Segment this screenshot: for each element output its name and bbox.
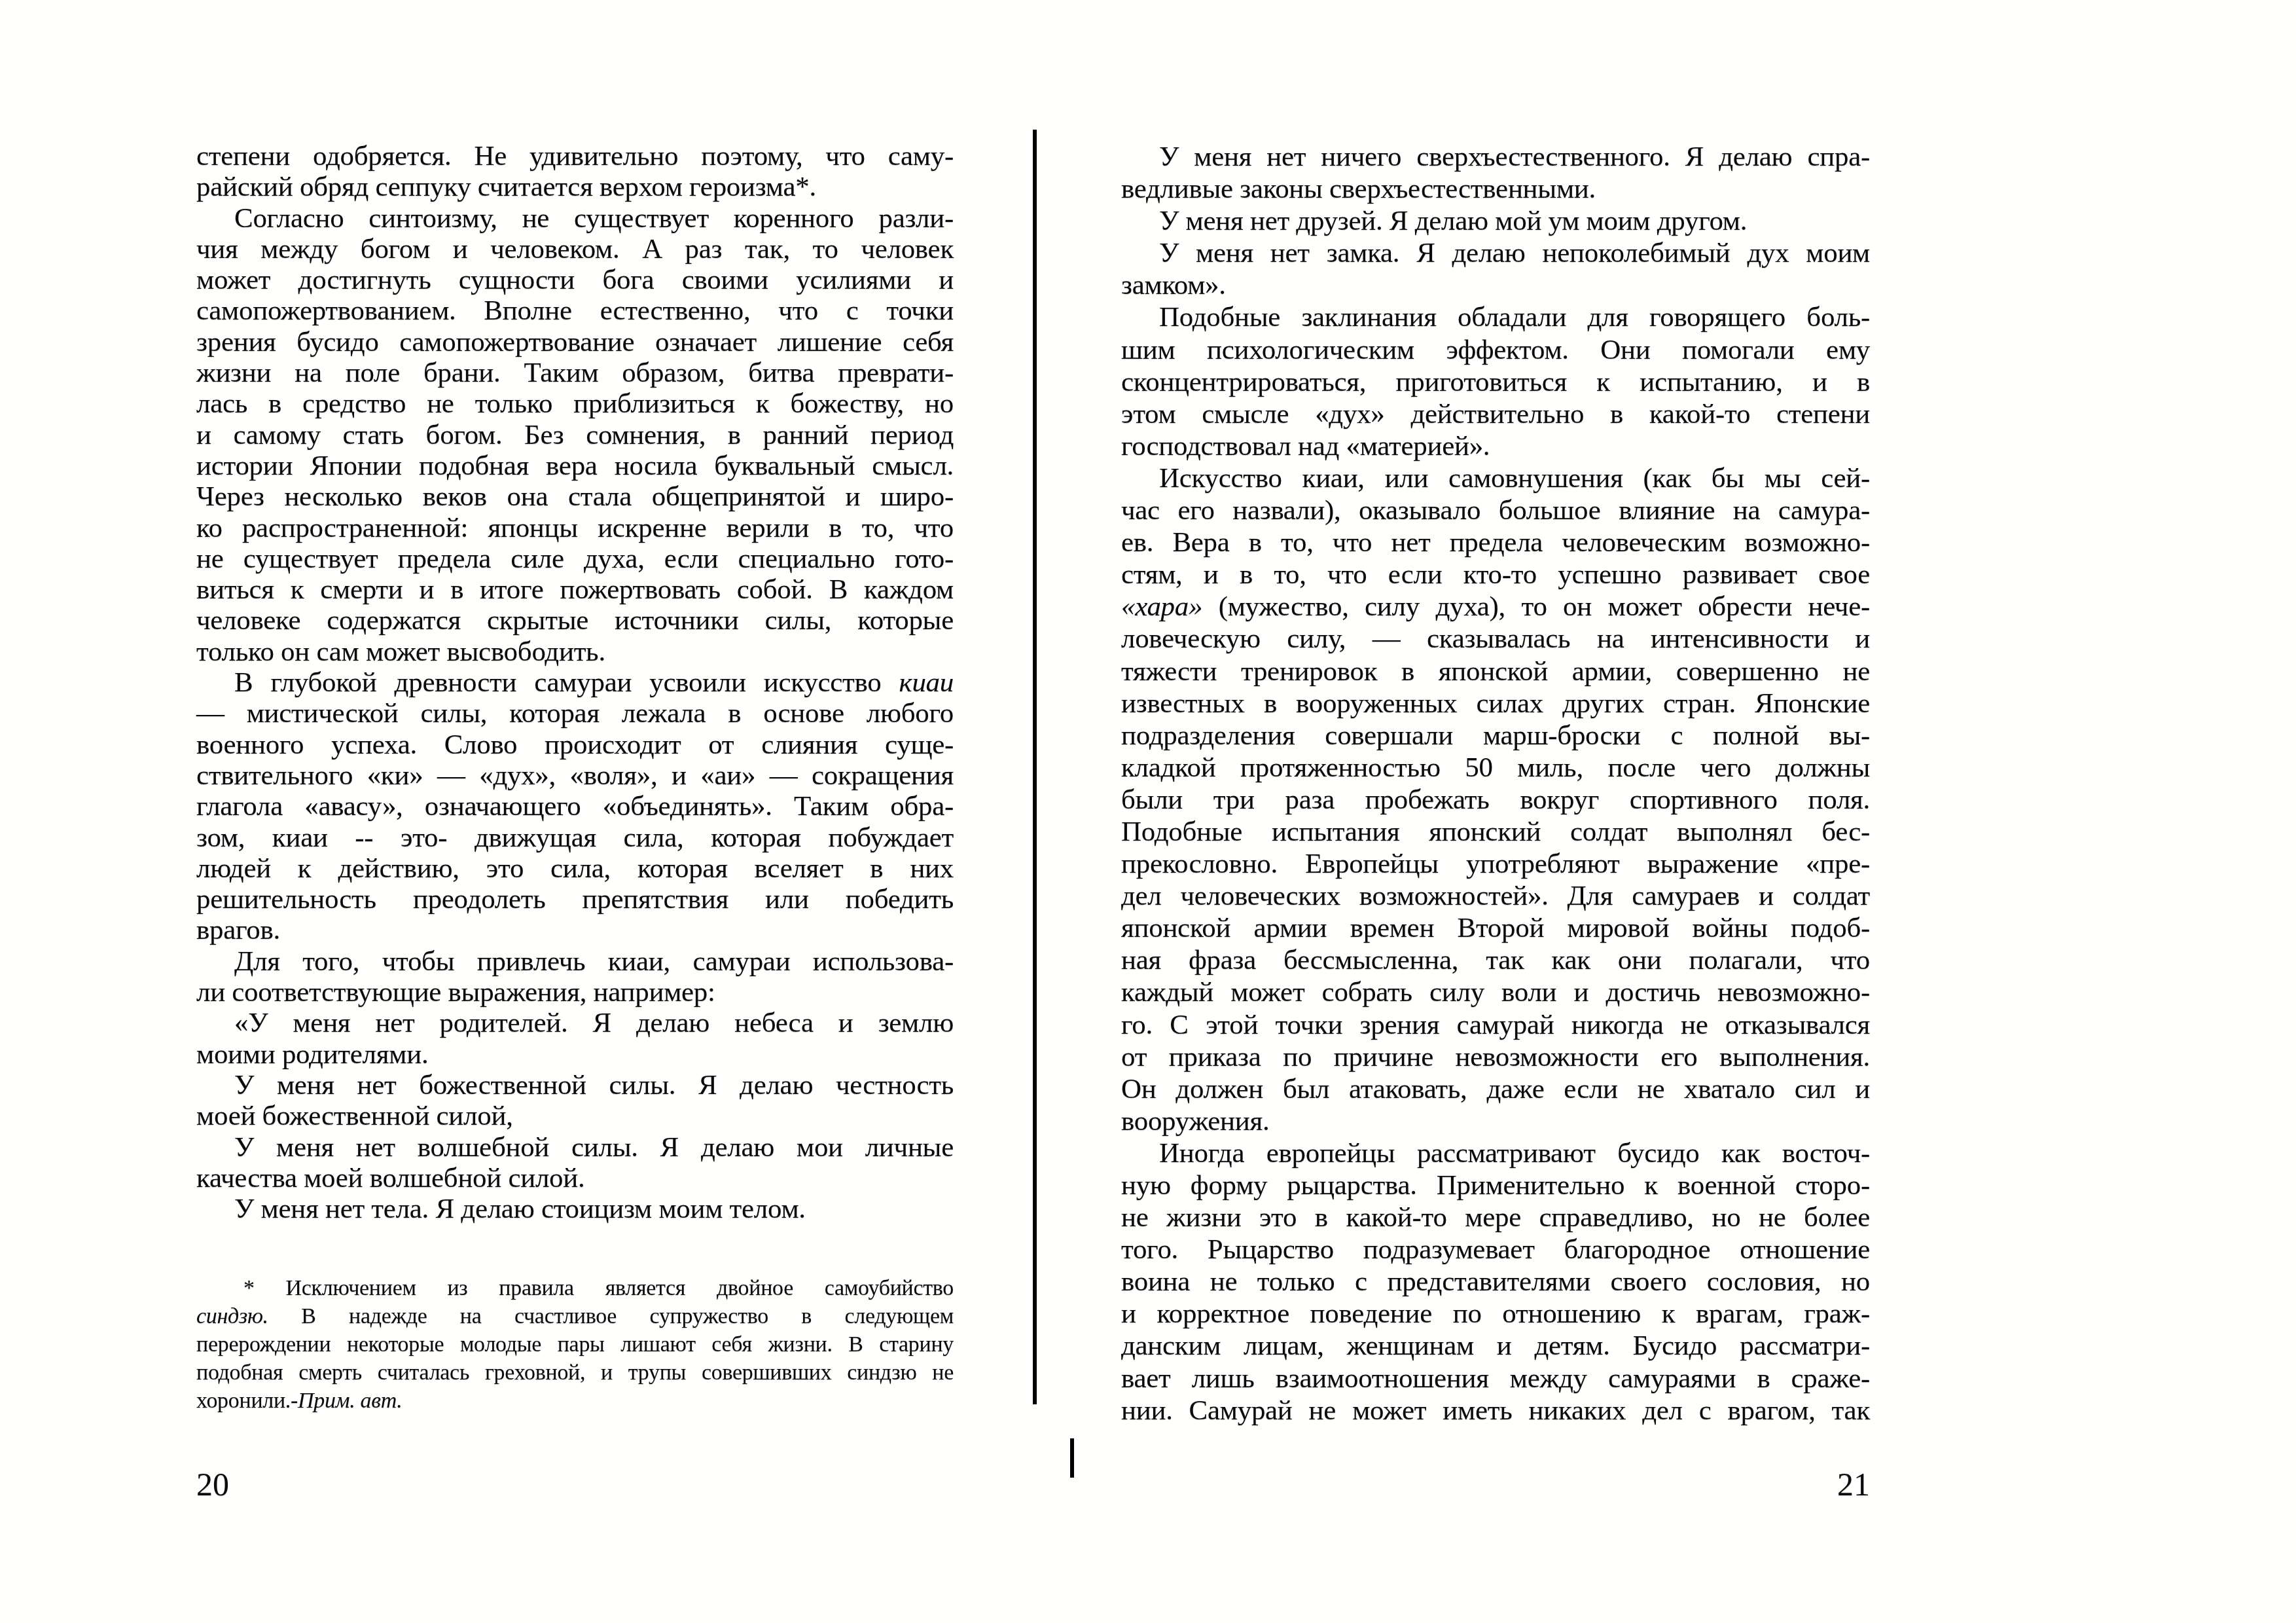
text-line: качества моей волшебной силой. <box>196 1163 954 1194</box>
text-segment: воина не только с представителями своего… <box>1121 1266 1870 1297</box>
text-segment: зом, киаи -- это- движущая сила, которая… <box>196 822 954 853</box>
text-segment: лась в средство не только приблизиться к… <box>196 388 954 419</box>
text-line: «У меня нет родителей. Я делаю небеса и … <box>196 1008 954 1038</box>
paragraph: У меня нет божественной силы. Я делаю че… <box>196 1070 954 1132</box>
text-line: данским лицам, женщинам и детям. Бусидо … <box>1121 1330 1870 1362</box>
text-segment: того. Рыцарство подразумевает благородно… <box>1121 1234 1870 1265</box>
text-segment: ную форму рыцарства. Применительно к вое… <box>1121 1170 1870 1201</box>
text-line: ствительного «ки» — «дух», «воля», и «аи… <box>196 760 954 791</box>
text-line: прекословно. Европейцы употребляют выраж… <box>1121 848 1870 880</box>
paragraph: У меня нет друзей. Я делаю мой ум моим д… <box>1121 205 1870 237</box>
page-number-left: 20 <box>196 1465 229 1503</box>
text-line: врагов. <box>196 915 954 945</box>
text-line: * Исключением из правила является двойно… <box>196 1274 954 1302</box>
text-line: Через несколько веков она стала общеприн… <box>196 481 954 512</box>
text-segment: виться к смерти и в итоге пожертвовать с… <box>196 574 954 605</box>
italic-text-segment: синдзю. <box>196 1304 268 1328</box>
text-segment: качества моей волшебной силой. <box>196 1163 584 1194</box>
paragraph: Согласно синтоизму, не существует коренн… <box>196 203 954 667</box>
text-line: может достигнуть сущности бога своими ус… <box>196 264 954 295</box>
text-segment: У меня нет волшебной силы. Я делаю мои л… <box>234 1132 954 1163</box>
text-segment: — мистической силы, которая лежала в осн… <box>196 698 954 729</box>
text-segment: прекословно. Европейцы употребляют выраж… <box>1121 848 1870 879</box>
text-segment: тяжести тренировок в японской армии, сов… <box>1121 656 1870 687</box>
paragraph: «У меня нет родителей. Я делаю небеса и … <box>196 1008 954 1070</box>
text-segment: степени одобряется. Не удивительно поэто… <box>196 141 954 172</box>
text-segment: не существует предела силе духа, если сп… <box>196 543 954 574</box>
text-segment: перерождении некоторые молодые пары лиша… <box>196 1332 954 1357</box>
text-segment: ствительного «ки» — «дух», «воля», и «аи… <box>196 760 954 791</box>
text-line: были три раза пробежать вокруг спортивно… <box>1121 784 1870 816</box>
text-segment: моей божественной силой, <box>196 1101 513 1131</box>
text-segment: (мужество, силу духа), то он может обрес… <box>1202 591 1870 622</box>
text-segment: «У меня нет родителей. Я делаю небеса и … <box>234 1008 954 1038</box>
text-line: господствовал над «материей». <box>1121 430 1870 462</box>
text-line: Подобные испытания японский солдат выпол… <box>1121 816 1870 848</box>
text-line: дел человеческих возможностей». Для саму… <box>1121 880 1870 912</box>
text-line: чия между богом и человеком. А раз так, … <box>196 234 954 264</box>
text-segment: Через несколько веков она стала общеприн… <box>196 481 954 512</box>
text-segment: замком». <box>1121 270 1226 301</box>
text-segment: подобная смерть считалась греховной, и т… <box>196 1360 954 1385</box>
text-segment: В глубокой древности самураи усвоили иск… <box>234 667 899 698</box>
text-line: решительность преодолеть препятствия или… <box>196 884 954 915</box>
text-line: кладкой протяженностью 50 миль, после че… <box>1121 752 1870 784</box>
text-segment: Искусство киаи, или самовнушения (как бы… <box>1159 463 1870 494</box>
text-segment: * Исключением из правила является двойно… <box>243 1276 954 1300</box>
text-line: Согласно синтоизму, не существует коренн… <box>196 203 954 234</box>
text-line: моими родителями. <box>196 1039 954 1070</box>
text-line: воина не только с представителями своего… <box>1121 1266 1870 1298</box>
paragraph: У меня нет волшебной силы. Я делаю мои л… <box>196 1132 954 1194</box>
text-line: подобная смерть считалась греховной, и т… <box>196 1359 954 1387</box>
text-line: ную форму рыцарства. Применительно к вое… <box>1121 1169 1870 1201</box>
italic-text-segment: киаи <box>899 667 954 698</box>
text-segment: военного успеха. Слово происходит от сли… <box>196 729 954 760</box>
text-line: вает лишь взаимоотношения между самураям… <box>1121 1362 1870 1395</box>
text-line: зрения бусидо самопожертвование означает… <box>196 327 954 357</box>
text-line: военного успеха. Слово происходит от сли… <box>196 729 954 760</box>
text-segment: не жизни это в какой-то мере справедливо… <box>1121 1202 1870 1233</box>
text-segment: вооружения. <box>1121 1106 1269 1137</box>
text-line: от приказа по причине невозможности его … <box>1121 1041 1870 1073</box>
text-line: ловеческую силу, — сказывалась на интенс… <box>1121 623 1870 655</box>
paragraph: У меня нет ничего сверхъестественного. Я… <box>1121 141 1870 205</box>
text-segment: У меня нет ничего сверхъестественного. Я… <box>1159 141 1870 172</box>
text-line: ная фраза бессмысленна, так как они пола… <box>1121 944 1870 976</box>
text-segment: людей к действию, это сила, которая всел… <box>196 853 954 884</box>
text-segment: кладкой протяженностью 50 миль, после че… <box>1121 752 1870 783</box>
text-segment: может достигнуть сущности бога своими ус… <box>196 264 954 295</box>
text-line: каждый может собрать силу воли и достичь… <box>1121 976 1870 1008</box>
text-line: В глубокой древности самураи усвоили иск… <box>196 667 954 698</box>
text-segment: Он должен был атаковать, даже если не хв… <box>1121 1074 1870 1104</box>
text-segment: райский обряд сеппуку считается верхом г… <box>196 172 816 202</box>
text-line: виться к смерти и в итоге пожертвовать с… <box>196 574 954 605</box>
text-segment: шим психологическим эффектом. Они помога… <box>1121 335 1870 365</box>
paragraph: У меня нет замка. Я делаю непоколебимый … <box>1121 237 1870 301</box>
left-page-text: степени одобряется. Не удивительно поэто… <box>196 141 954 1415</box>
text-line: зом, киаи -- это- движущая сила, которая… <box>196 822 954 853</box>
paragraph: В глубокой древности самураи усвоили иск… <box>196 667 954 946</box>
paragraph: Искусство киаи, или самовнушения (как бы… <box>1121 462 1870 1137</box>
text-segment: каждый может собрать силу воли и достичь… <box>1121 977 1870 1008</box>
text-segment: и корректное поведение по отношению к вр… <box>1121 1298 1870 1329</box>
text-segment: вает лишь взаимоотношения между самураям… <box>1121 1363 1870 1394</box>
text-segment: японской армии времен Второй мировой вой… <box>1121 913 1870 943</box>
page-divider-rule <box>1033 130 1037 1404</box>
text-line: хоронили.-Прим. авт. <box>196 1387 954 1415</box>
text-line: не существует предела силе духа, если сп… <box>196 543 954 574</box>
text-segment: стям, и в то, что если кто-то успешно ра… <box>1121 559 1870 590</box>
text-line: истории Японии подобная вера носила букв… <box>196 450 954 481</box>
text-segment: моими родителями. <box>196 1039 428 1070</box>
text-line: вооружения. <box>1121 1105 1870 1137</box>
text-segment: самопожертвованием. Вполне естественно, … <box>196 295 954 326</box>
text-line: ведливые законы сверхъестественными. <box>1121 173 1870 205</box>
text-segment: и самому стать богом. Без сомнения, в ра… <box>196 420 954 450</box>
text-line: нии. Самурай не может иметь никаких дел … <box>1121 1395 1870 1427</box>
paragraph: Для того, чтобы привлечь киаи, самураи и… <box>196 946 954 1008</box>
text-line: и корректное поведение по отношению к вр… <box>1121 1298 1870 1330</box>
text-line: ли соответствующие выражения, например: <box>196 977 954 1008</box>
text-segment: подразделения совершали марш-броски с по… <box>1121 720 1870 751</box>
text-line: У меня нет ничего сверхъестественного. Я… <box>1121 141 1870 173</box>
text-line: тяжести тренировок в японской армии, сов… <box>1121 655 1870 687</box>
text-segment: У меня нет тела. Я делаю стоицизм моим т… <box>234 1194 806 1224</box>
text-segment: В надежде на счастливое супружество в сл… <box>268 1304 954 1328</box>
text-segment: сконцентрироваться, приготовиться к испы… <box>1121 367 1870 397</box>
text-line: замком». <box>1121 269 1870 301</box>
text-segment: ловеческую силу, — сказывалась на интенс… <box>1121 623 1870 654</box>
text-line: моей божественной силой, <box>196 1101 954 1131</box>
text-line: людей к действию, это сила, которая всел… <box>196 853 954 884</box>
text-segment: Для того, чтобы привлечь киаи, самураи и… <box>234 946 954 977</box>
text-line: жизни на поле брани. Таким образом, битв… <box>196 357 954 388</box>
text-segment: Согласно синтоизму, не существует коренн… <box>234 203 954 234</box>
text-segment: хоронили.- <box>196 1389 298 1413</box>
text-line: ев. Вера в то, что нет предела человечес… <box>1121 526 1870 558</box>
text-segment: ли соответствующие выражения, например: <box>196 977 715 1008</box>
text-segment: Подобные заклинания обладали для говорящ… <box>1159 302 1870 333</box>
text-segment: Подобные испытания японский солдат выпол… <box>1121 816 1870 847</box>
text-segment: нии. Самурай не может иметь никаких дел … <box>1121 1395 1870 1426</box>
divider-bottom-mark <box>1070 1438 1074 1478</box>
text-segment: только он сам может высвободить. <box>196 636 605 667</box>
text-line: Он должен был атаковать, даже если не хв… <box>1121 1073 1870 1105</box>
paragraph: У меня нет тела. Я делаю стоицизм моим т… <box>196 1194 954 1224</box>
text-line: синдзю. В надежде на счастливое супружес… <box>196 1302 954 1330</box>
text-segment: У меня нет замка. Я делаю непоколебимый … <box>1159 238 1870 268</box>
text-segment: го. С этой точки зрения самурай никогда … <box>1121 1010 1870 1040</box>
text-line: человеке содержатся скрытые источники си… <box>196 605 954 636</box>
text-segment: этом смысле «дух» действительно в какой-… <box>1121 399 1870 429</box>
right-page-text: У меня нет ничего сверхъестественного. Я… <box>1121 141 1870 1427</box>
text-line: У меня нет тела. Я делаю стоицизм моим т… <box>196 1194 954 1224</box>
text-line: того. Рыцарство подразумевает благородно… <box>1121 1233 1870 1266</box>
text-line: го. С этой точки зрения самурай никогда … <box>1121 1009 1870 1041</box>
text-line: лась в средство не только приблизиться к… <box>196 388 954 419</box>
text-line: ко распространенной: японцы искренне вер… <box>196 513 954 543</box>
text-line: только он сам может высвободить. <box>196 636 954 667</box>
text-line: — мистической силы, которая лежала в осн… <box>196 698 954 729</box>
text-line: перерождении некоторые молодые пары лиша… <box>196 1330 954 1359</box>
text-line: подразделения совершали марш-броски с по… <box>1121 720 1870 752</box>
italic-text-segment: Прим. авт. <box>298 1389 402 1413</box>
text-segment: ев. Вера в то, что нет предела человечес… <box>1121 527 1870 558</box>
text-segment: ная фраза бессмысленна, так как они пола… <box>1121 945 1870 976</box>
text-segment: были три раза пробежать вокруг спортивно… <box>1121 784 1870 815</box>
text-segment: час его назвали), оказывало большое влия… <box>1121 495 1870 526</box>
text-segment: от приказа по причине невозможности его … <box>1121 1042 1870 1072</box>
text-segment: глагола «авасу», означающего «объединять… <box>196 791 954 822</box>
book-spread: степени одобряется. Не удивительно поэто… <box>0 0 2296 1623</box>
text-line: и самому стать богом. Без сомнения, в ра… <box>196 420 954 450</box>
text-line: У меня нет волшебной силы. Я делаю мои л… <box>196 1132 954 1163</box>
text-line: не жизни это в какой-то мере справедливо… <box>1121 1201 1870 1233</box>
text-segment: жизни на поле брани. Таким образом, битв… <box>196 357 954 388</box>
text-line: У меня нет друзей. Я делаю мой ум моим д… <box>1121 205 1870 237</box>
text-line: час его назвали), оказывало большое влия… <box>1121 494 1870 526</box>
text-line: самопожертвованием. Вполне естественно, … <box>196 295 954 326</box>
text-line: японской армии времен Второй мировой вой… <box>1121 912 1870 944</box>
text-line: райский обряд сеппуку считается верхом г… <box>196 172 954 202</box>
text-segment: человеке содержатся скрытые источники си… <box>196 605 954 636</box>
paragraph: Подобные заклинания обладали для говорящ… <box>1121 301 1870 462</box>
text-line: сконцентрироваться, приготовиться к испы… <box>1121 366 1870 398</box>
text-line: этом смысле «дух» действительно в какой-… <box>1121 398 1870 430</box>
text-segment: известных в вооруженных силах других стр… <box>1121 688 1870 719</box>
text-line: стям, и в то, что если кто-то успешно ра… <box>1121 558 1870 591</box>
italic-text-segment: «хара» <box>1121 591 1202 622</box>
text-line: У меня нет замка. Я делаю непоколебимый … <box>1121 237 1870 269</box>
text-segment: У меня нет божественной силы. Я делаю че… <box>234 1070 954 1101</box>
paragraph: степени одобряется. Не удивительно поэто… <box>196 141 954 203</box>
text-line: шим психологическим эффектом. Они помога… <box>1121 334 1870 366</box>
text-segment: данским лицам, женщинам и детям. Бусидо … <box>1121 1330 1870 1361</box>
text-segment: У меня нет друзей. Я делаю мой ум моим д… <box>1159 206 1747 236</box>
text-segment: врагов. <box>196 915 280 945</box>
text-segment: чия между богом и человеком. А раз так, … <box>196 234 954 264</box>
text-line: Иногда европейцы рассматривают бусидо ка… <box>1121 1137 1870 1169</box>
text-line: У меня нет божественной силы. Я делаю че… <box>196 1070 954 1101</box>
text-segment: решительность преодолеть препятствия или… <box>196 884 954 915</box>
text-line: степени одобряется. Не удивительно поэто… <box>196 141 954 172</box>
text-segment: зрения бусидо самопожертвование означает… <box>196 327 954 357</box>
text-line: известных в вооруженных силах других стр… <box>1121 687 1870 720</box>
text-line: Искусство киаи, или самовнушения (как бы… <box>1121 462 1870 494</box>
text-segment: дел человеческих возможностей». Для саму… <box>1121 881 1870 911</box>
text-segment: господствовал над «материей». <box>1121 431 1490 462</box>
page-number-right: 21 <box>1121 1465 1870 1503</box>
text-segment: истории Японии подобная вера носила букв… <box>196 450 954 481</box>
text-line: Для того, чтобы привлечь киаи, самураи и… <box>196 946 954 977</box>
text-line: «хара» (мужество, силу духа), то он може… <box>1121 591 1870 623</box>
text-segment: Иногда европейцы рассматривают бусидо ка… <box>1159 1138 1870 1169</box>
text-line: глагола «авасу», означающего «объединять… <box>196 791 954 822</box>
paragraph: Иногда европейцы рассматривают бусидо ка… <box>1121 1137 1870 1427</box>
text-line: Подобные заклинания обладали для говорящ… <box>1121 301 1870 333</box>
text-segment: ведливые законы сверхъестественными. <box>1121 173 1596 204</box>
text-segment: ко распространенной: японцы искренне вер… <box>196 513 954 543</box>
footnote: * Исключением из правила является двойно… <box>196 1274 954 1415</box>
